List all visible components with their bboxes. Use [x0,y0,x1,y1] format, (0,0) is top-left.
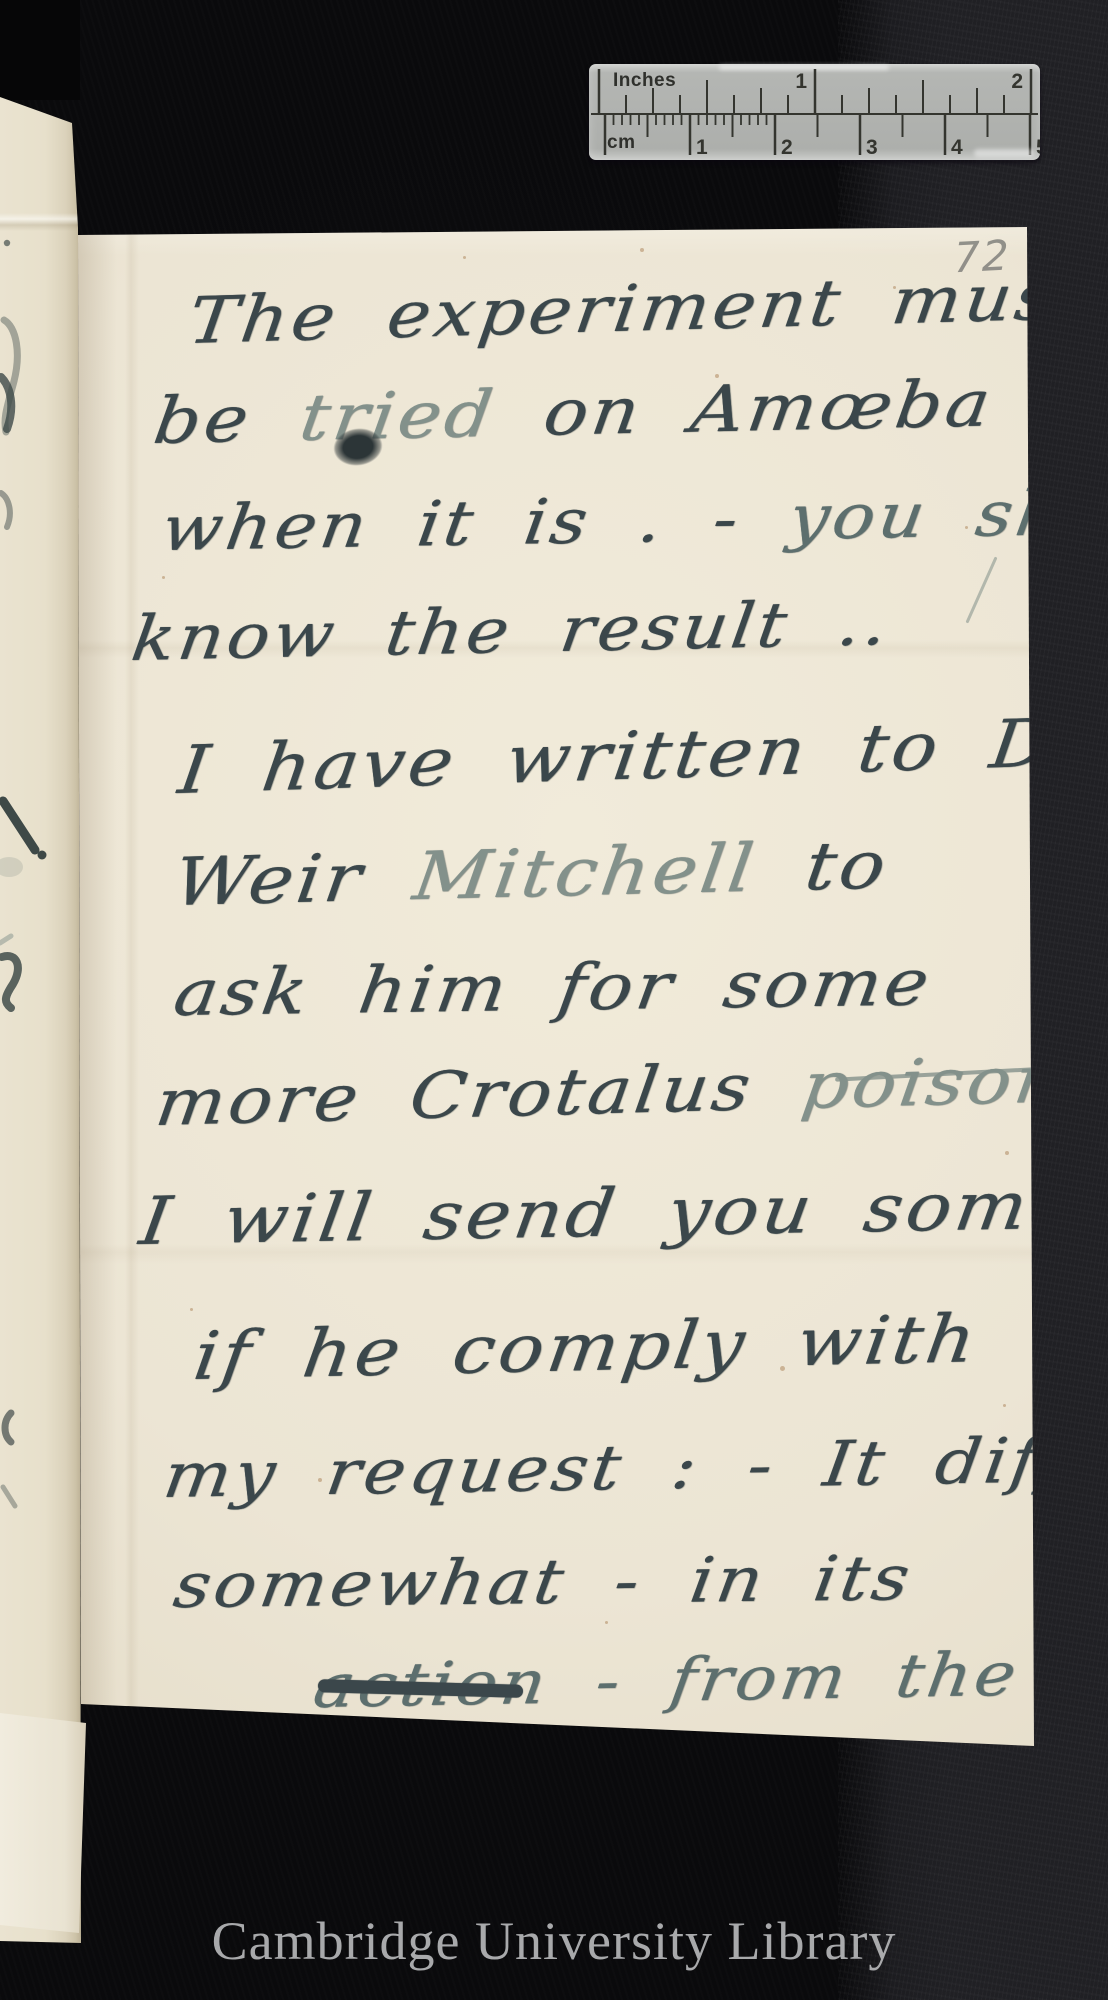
handwriting-line: The experiment must [185,265,1093,354]
handwriting-line: more Crotalus poison [152,1048,1069,1136]
handwriting-segment: on Amœba . [490,366,1074,452]
handwriting-segment: when it is . - [157,481,794,565]
handwriting-segment: I have written to Dr [174,703,1098,809]
handwriting-line: my request : - It differs [160,1427,1108,1507]
handwriting-segment: poison [797,1043,1070,1124]
foxing-spot [463,256,466,259]
ruler-cm-label: cm [607,132,635,154]
handwriting-line: if he comply with [190,1306,983,1390]
ruler-inches-label: Inches [613,70,676,92]
svg-text:2: 2 [781,136,793,159]
svg-text:2: 2 [1011,70,1023,93]
handwriting-line: Weir Mitchell to [170,832,893,916]
foxing-spot [1005,1151,1009,1155]
velvet-backdrop-top-left [0,0,80,100]
handwriting-line: be tried on Amœba . [150,371,1073,454]
handwriting-segment: somewhat - in its [169,1541,917,1622]
handwriting-line: know the result .. [128,592,894,670]
handwriting-segment: more Crotalus [151,1050,807,1141]
handwriting-line: ask him for some [170,951,936,1026]
handwriting-segment: know the result .. [127,586,895,675]
handwriting-segment: I will send you some [135,1166,1083,1260]
ruler: 1212345 Inches cm [589,64,1040,160]
svg-text:1: 1 [696,136,708,159]
left-page-lower-edge [0,1705,86,1937]
handwriting-line: somewhat - in its [170,1547,917,1617]
svg-text:5: 5 [1036,136,1040,159]
foxing-spot [162,576,165,579]
ink-blot [322,418,394,477]
foxing-spot [605,1621,608,1624]
foxing-spot [318,1478,322,1482]
foxing-spot [715,374,719,378]
handwriting-line: when it is . - you shall [158,480,1108,560]
handwriting-line: I have written to Dr [175,709,1098,804]
foxing-spot [780,1366,785,1371]
handwriting-segment: ask him for some [169,946,937,1031]
library-watermark: Cambridge University Library [0,1910,1108,1972]
handwriting-segment: to [751,826,894,907]
left-page-ink-strokes [0,95,82,1945]
handwriting-segment: Weir [169,838,419,921]
foxing-spot [1003,1404,1006,1407]
foxing-spot [893,286,896,289]
foxing-spot [965,526,968,529]
handwriting-segment: be [149,382,305,459]
svg-text:4: 4 [951,136,963,159]
handwriting-segment: Mitchell [409,830,761,916]
handwriting-line: action - from the [310,1645,1023,1717]
handwriting-line: I will send you some [136,1172,1083,1255]
foxing-spot [640,248,644,252]
photo-background: 72 The experiment mustbe tried on Amœba … [0,0,1108,2000]
pen-descender-stroke [965,557,997,624]
svg-text:1: 1 [795,70,807,93]
handwriting-segment: if he comply with [189,1300,983,1395]
handwriting-segment: action - from the [309,1640,1023,1722]
left-page-fold-crease [0,213,82,231]
handwriting-segment: my request : - It differs [159,1421,1108,1512]
left-page-edge [0,95,82,1945]
handwriting-segment: The experiment must [184,260,1093,359]
svg-text:3: 3 [866,136,878,159]
foxing-spot [190,1308,193,1311]
manuscript-page: 72 The experiment mustbe tried on Amœba … [75,226,1035,1750]
